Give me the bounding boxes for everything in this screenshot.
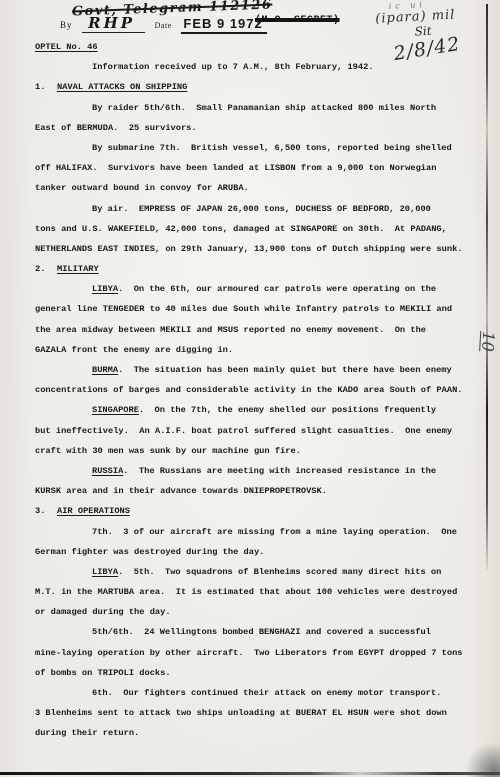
- stamp-by-label: By: [60, 20, 73, 30]
- text-line: SINGAPORE. On the 7th, the enemy shelled…: [35, 400, 485, 420]
- section-heading-air-operations: 3.AIR OPERATIONS: [35, 501, 485, 521]
- text-line: the area midway between MEKILI and MSUS …: [35, 320, 485, 340]
- text-line: GAZALA front the enemy are digging in.: [35, 340, 485, 360]
- text-line: RUSSIA. The Russians are meeting with in…: [35, 461, 485, 481]
- text-line: BURMA. The situation has been mainly qui…: [35, 360, 485, 380]
- text-line: By air. EMPRESS OF JAPAN 26,000 tons, DU…: [35, 199, 485, 219]
- stamp-initials: RHP: [82, 14, 145, 33]
- text-line: East of BERMUDA. 25 survivors.: [35, 118, 485, 138]
- document-subtitle: Information received up to 7 A.M., 8th F…: [35, 57, 485, 77]
- stamp-date-label: Date: [155, 21, 172, 30]
- text-line: craft with 30 men was sunk by our machin…: [35, 441, 485, 461]
- text-line: 3 Blenheims sent to attack two ships unl…: [35, 703, 485, 723]
- text-line: tanker outward bound in convoy for ARUBA…: [35, 178, 485, 198]
- text-line: off HALIFAX. Survivors have been landed …: [35, 158, 485, 178]
- scan-edge-line: [486, 4, 488, 570]
- section-heading-military: 2.MILITARY: [35, 259, 485, 279]
- document-title: OPTEL No. 46: [35, 37, 485, 57]
- text-line: general line TENGEDER to 40 miles due So…: [35, 299, 485, 319]
- text-line: By raider 5th/6th. Small Panamanian ship…: [35, 98, 485, 118]
- text-line: German fighter was destroyed during the …: [35, 542, 485, 562]
- text-line: NETHERLANDS EAST INDIES, on 29th January…: [35, 239, 485, 259]
- text-line: during their return.: [35, 723, 485, 743]
- section-heading-naval: 1.NAVAL ATTACKS ON SHIPPING: [35, 77, 485, 97]
- document-body: OPTEL No. 46 Information received up to …: [35, 37, 485, 744]
- scan-bottom-band: [0, 772, 500, 775]
- text-line: or damaged during the day.: [35, 602, 485, 622]
- text-line: but ineffectively. An A.I.F. boat patrol…: [35, 421, 485, 441]
- text-line: KURSK area and in their advance towards …: [35, 481, 485, 501]
- text-line: By submarine 7th. British vessel, 6,500 …: [35, 138, 485, 158]
- text-line: mine-laying operation by other aircraft.…: [35, 643, 485, 663]
- text-line: LIBYA. On the 6th, our armoured car patr…: [35, 279, 485, 299]
- text-line: concentrations of barges and considerabl…: [35, 380, 485, 400]
- struck-classification: (M.O. SECRET): [255, 15, 340, 26]
- text-line: 6th. Our fighters continued their attack…: [35, 683, 485, 703]
- text-line: tons and U.S. WAKEFIELD, 42,000 tons, da…: [35, 219, 485, 239]
- scanned-document-page: Govt, Telegram 112126 By RHP Date FEB 9 …: [0, 0, 500, 777]
- text-line: 5th/6th. 24 Wellingtons bombed BENGHAZI …: [35, 622, 485, 642]
- stamp-date-value: FEB 9 1972: [181, 16, 266, 34]
- received-date-stamp: By RHP Date FEB 9 1972: [60, 14, 267, 33]
- text-line: 7th. 3 of our aircraft are missing from …: [35, 522, 485, 542]
- text-line: of bombs on TRIPOLI docks.: [35, 663, 485, 683]
- text-line: LIBYA. 5th. Two squadrons of Blenheims s…: [35, 562, 485, 582]
- text-line: M.T. in the MARTUBA area. It is estimate…: [35, 582, 485, 602]
